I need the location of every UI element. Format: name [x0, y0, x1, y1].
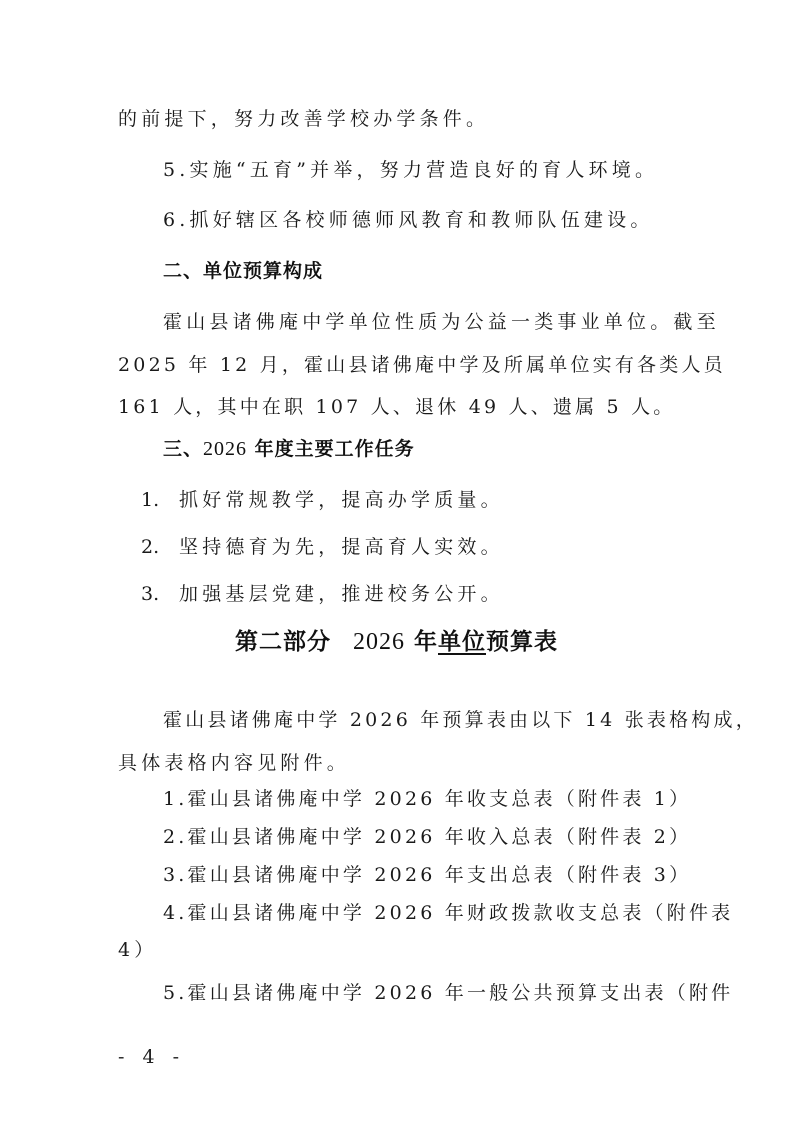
part-title-underlined: 单位 — [438, 629, 486, 655]
heading-year: 2026 — [203, 438, 247, 460]
task-item-1: 1.抓好常规教学，提高办学质量。 — [141, 488, 504, 512]
section-heading-budget-structure: 二、单位预算构成 — [163, 259, 323, 283]
part-title: 第二部分2026 年单位预算表 — [0, 627, 793, 657]
part-title-prefix: 第二部分 — [235, 629, 331, 655]
goal-item-5: 5.实施“五育”并举，努力营造良好的育人环境。 — [163, 158, 658, 182]
table-list-item-4-cont: 4） — [118, 938, 158, 962]
part-title-year: 2026 — [353, 629, 405, 655]
paragraph-line: 161 人，其中在职 107 人、退休 49 人、遗属 5 人。 — [118, 395, 675, 419]
heading-prefix: 三、 — [163, 438, 203, 460]
section-heading-main-tasks: 三、2026 年度主要工作任务 — [163, 437, 415, 461]
table-list-item-5: 5.霍山县诸佛庵中学 2026 年一般公共预算支出表（附件 — [163, 981, 733, 1005]
table-list-item-1: 1.霍山县诸佛庵中学 2026 年收支总表（附件表 1） — [163, 787, 691, 811]
heading-suffix: 年度主要工作任务 — [255, 438, 415, 460]
task-text: 坚持德育为先，提高育人实效。 — [179, 536, 504, 558]
task-number: 2. — [141, 535, 179, 559]
table-list-item-3: 3.霍山县诸佛庵中学 2026 年支出总表（附件表 3） — [163, 863, 691, 887]
task-number: 3. — [141, 582, 179, 606]
intro-line: 霍山县诸佛庵中学 2026 年预算表由以下 14 张表格构成， — [163, 708, 758, 732]
table-list-item-4: 4.霍山县诸佛庵中学 2026 年财政拨款收支总表（附件表 — [163, 901, 733, 925]
paragraph-line: 2025 年 12 月，霍山县诸佛庵中学及所属单位实有各类人员 — [118, 353, 726, 377]
intro-line: 具体表格内容见附件。 — [118, 751, 350, 775]
task-text: 加强基层党建，推进校务公开。 — [179, 583, 504, 605]
part-title-nian: 年 — [414, 629, 438, 655]
continuation-line: 的前提下，努力改善学校办学条件。 — [118, 107, 489, 131]
task-item-2: 2.坚持德育为先，提高育人实效。 — [141, 535, 504, 559]
page-number: - 4 - — [118, 1046, 185, 1068]
task-text: 抓好常规教学，提高办学质量。 — [179, 489, 504, 511]
table-list-item-2: 2.霍山县诸佛庵中学 2026 年收入总表（附件表 2） — [163, 825, 691, 849]
part-title-suffix: 预算表 — [486, 629, 558, 655]
task-number: 1. — [141, 488, 179, 512]
task-item-3: 3.加强基层党建，推进校务公开。 — [141, 582, 504, 606]
paragraph-line: 霍山县诸佛庵中学单位性质为公益一类事业单位。截至 — [163, 310, 720, 334]
goal-item-6: 6.抓好辖区各校师德师风教育和教师队伍建设。 — [163, 208, 654, 232]
